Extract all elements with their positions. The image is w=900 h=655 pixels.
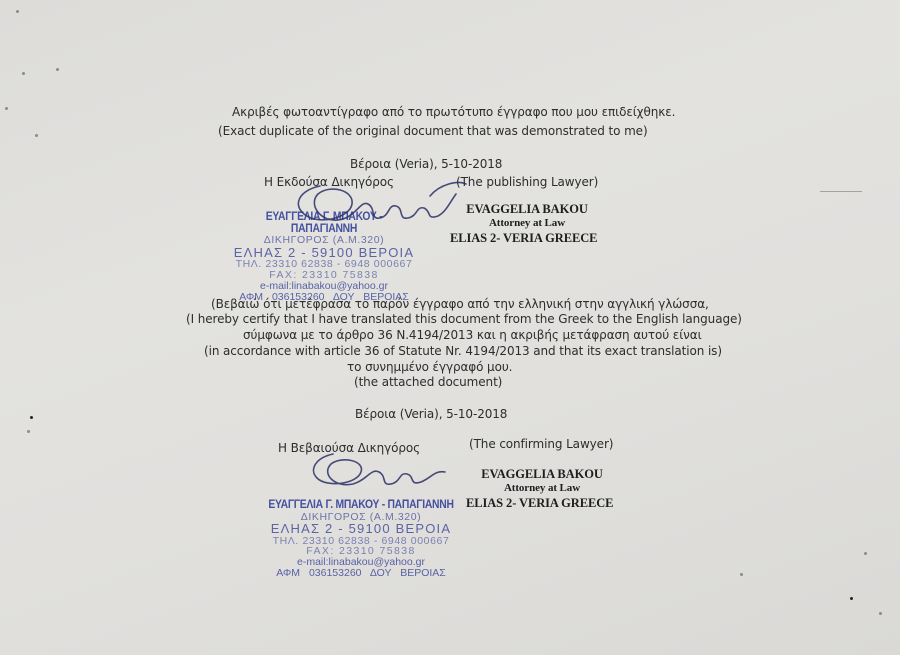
signature-top-icon	[290, 176, 470, 236]
top-certification-english: (Exact duplicate of the original documen…	[218, 124, 648, 138]
paper-speck	[850, 597, 853, 600]
signature-bottom-icon	[305, 448, 455, 496]
translation-line-6: (the attached document)	[354, 375, 502, 389]
bottom-lawyer-name: EVAGGELIA BAKOU	[467, 467, 617, 482]
stamp-name: ΕΥΑΓΓΕΛΙΑ Γ. ΜΠΑΚΟΥ - ΠΑΠΑΓΙΑΝΝΗ	[257, 500, 466, 512]
stamp-address: ΕΛΗΑΣ 2 - 59100 ΒΕΡΟΙΑ	[222, 246, 426, 259]
stamp-email: e-mail:linabakou@yahoo.gr	[222, 281, 426, 292]
lawyer-stamp-bottom: ΕΥΑΓΓΕΛΙΑ Γ. ΜΠΑΚΟΥ - ΠΑΠΑΓΙΑΝΝΗ ΔΙΚΗΓΟΡ…	[245, 500, 477, 578]
top-certification-greek: Ακριβές φωτοαντίγραφο από το πρωτότυπο έ…	[232, 105, 675, 119]
top-lawyer-address: ELIAS 2- VERIA GREECE	[450, 231, 597, 246]
stamp-tax: ΑΦΜ 036153260 ΔΟΥ ΒΕΡΟΙΑΣ	[245, 568, 477, 579]
paper-speck	[740, 573, 743, 576]
paper-speck	[864, 552, 867, 555]
bottom-place-date: Βέροια (Veria), 5-10-2018	[355, 407, 507, 421]
paper-speck	[35, 134, 38, 137]
scanned-document: Ακριβές φωτοαντίγραφο από το πρωτότυπο έ…	[0, 0, 900, 655]
translation-line-3: σύμφωνα με το άρθρο 36 Ν.4194/2013 και η…	[243, 328, 702, 342]
top-lawyer-name: EVAGGELIA BAKOU	[452, 202, 602, 217]
paper-speck	[879, 612, 882, 615]
bottom-role-english: (The confirming Lawyer)	[469, 437, 613, 451]
bottom-lawyer-title: Attorney at Law	[467, 482, 617, 494]
translation-line-2: (I hereby certify that I have translated…	[186, 312, 742, 326]
translation-line-1: (Βεβαιώ ότι μετέφρασα το παρόν έγγραφο α…	[211, 297, 709, 311]
paper-mark	[820, 191, 862, 192]
top-place-date: Βέροια (Veria), 5-10-2018	[350, 157, 502, 171]
paper-speck	[56, 68, 59, 71]
top-role-english: (The publishing Lawyer)	[456, 175, 598, 189]
bottom-lawyer-address: ELIAS 2- VERIA GREECE	[466, 496, 613, 511]
paper-speck	[27, 430, 30, 433]
translation-line-4: (in accordance with article 36 of Statut…	[204, 344, 722, 358]
paper-speck	[22, 72, 25, 75]
translation-line-5: το συνημμένο έγγραφό μου.	[347, 360, 512, 374]
stamp-address: ΕΛΗΑΣ 2 - 59100 ΒΕΡΟΙΑ	[245, 522, 477, 535]
top-lawyer-title: Attorney at Law	[452, 217, 602, 229]
paper-speck	[16, 10, 19, 13]
paper-speck	[5, 107, 8, 110]
paper-speck	[30, 416, 33, 419]
